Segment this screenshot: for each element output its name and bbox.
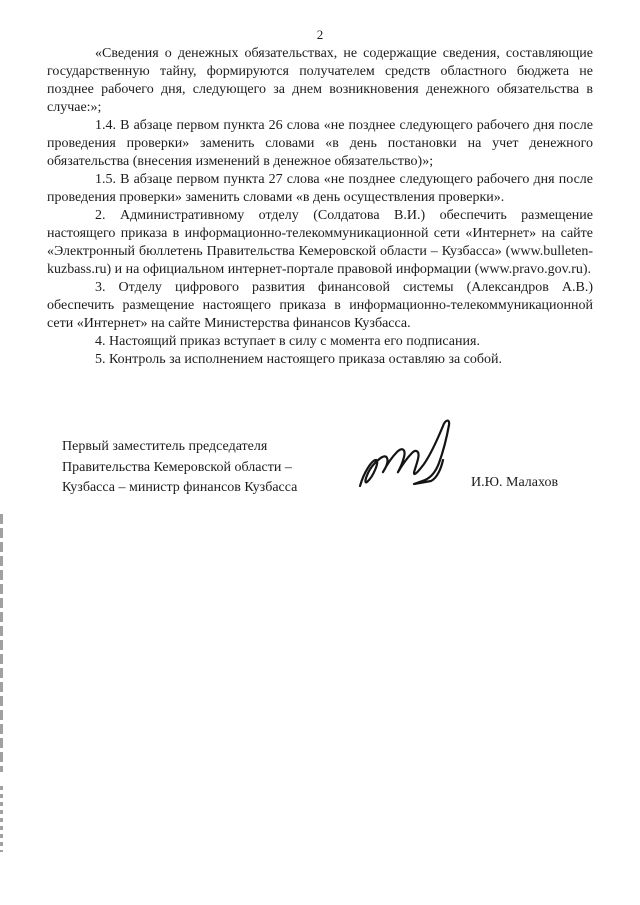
paragraph-item-1-5: 1.5. В абзаце первом пункта 27 слова «не… <box>47 171 593 207</box>
document-page: 2 «Сведения о денежных обязательствах, н… <box>0 0 640 905</box>
document-body: «Сведения о денежных обязательствах, не … <box>47 45 593 369</box>
scan-artifact-left-edge <box>0 514 3 772</box>
paragraph-item-4: 4. Настоящий приказ вступает в силу с мо… <box>47 333 593 351</box>
signoff-block: Первый заместитель председателя Правител… <box>62 437 372 499</box>
paragraph-item-5: 5. Контроль за исполнением настоящего пр… <box>47 351 593 369</box>
paragraph-quoted-provision: «Сведения о денежных обязательствах, не … <box>47 45 593 117</box>
paragraph-item-3: 3. Отделу цифрового развития финансовой … <box>47 279 593 333</box>
signoff-line: Правительства Кемеровской области – <box>62 458 372 479</box>
page-number: 2 <box>0 27 640 43</box>
signoff-line: Первый заместитель председателя <box>62 437 372 458</box>
paragraph-item-1-4: 1.4. В абзаце первом пункта 26 слова «не… <box>47 117 593 171</box>
paragraph-item-2: 2. Административному отделу (Солдатова В… <box>47 207 593 279</box>
signature-handwriting-icon <box>352 414 462 496</box>
signer-name: И.Ю. Малахов <box>471 475 558 491</box>
signoff-line: Кузбасса – министр финансов Кузбасса <box>62 478 372 499</box>
scan-artifact-left-edge <box>0 786 3 852</box>
